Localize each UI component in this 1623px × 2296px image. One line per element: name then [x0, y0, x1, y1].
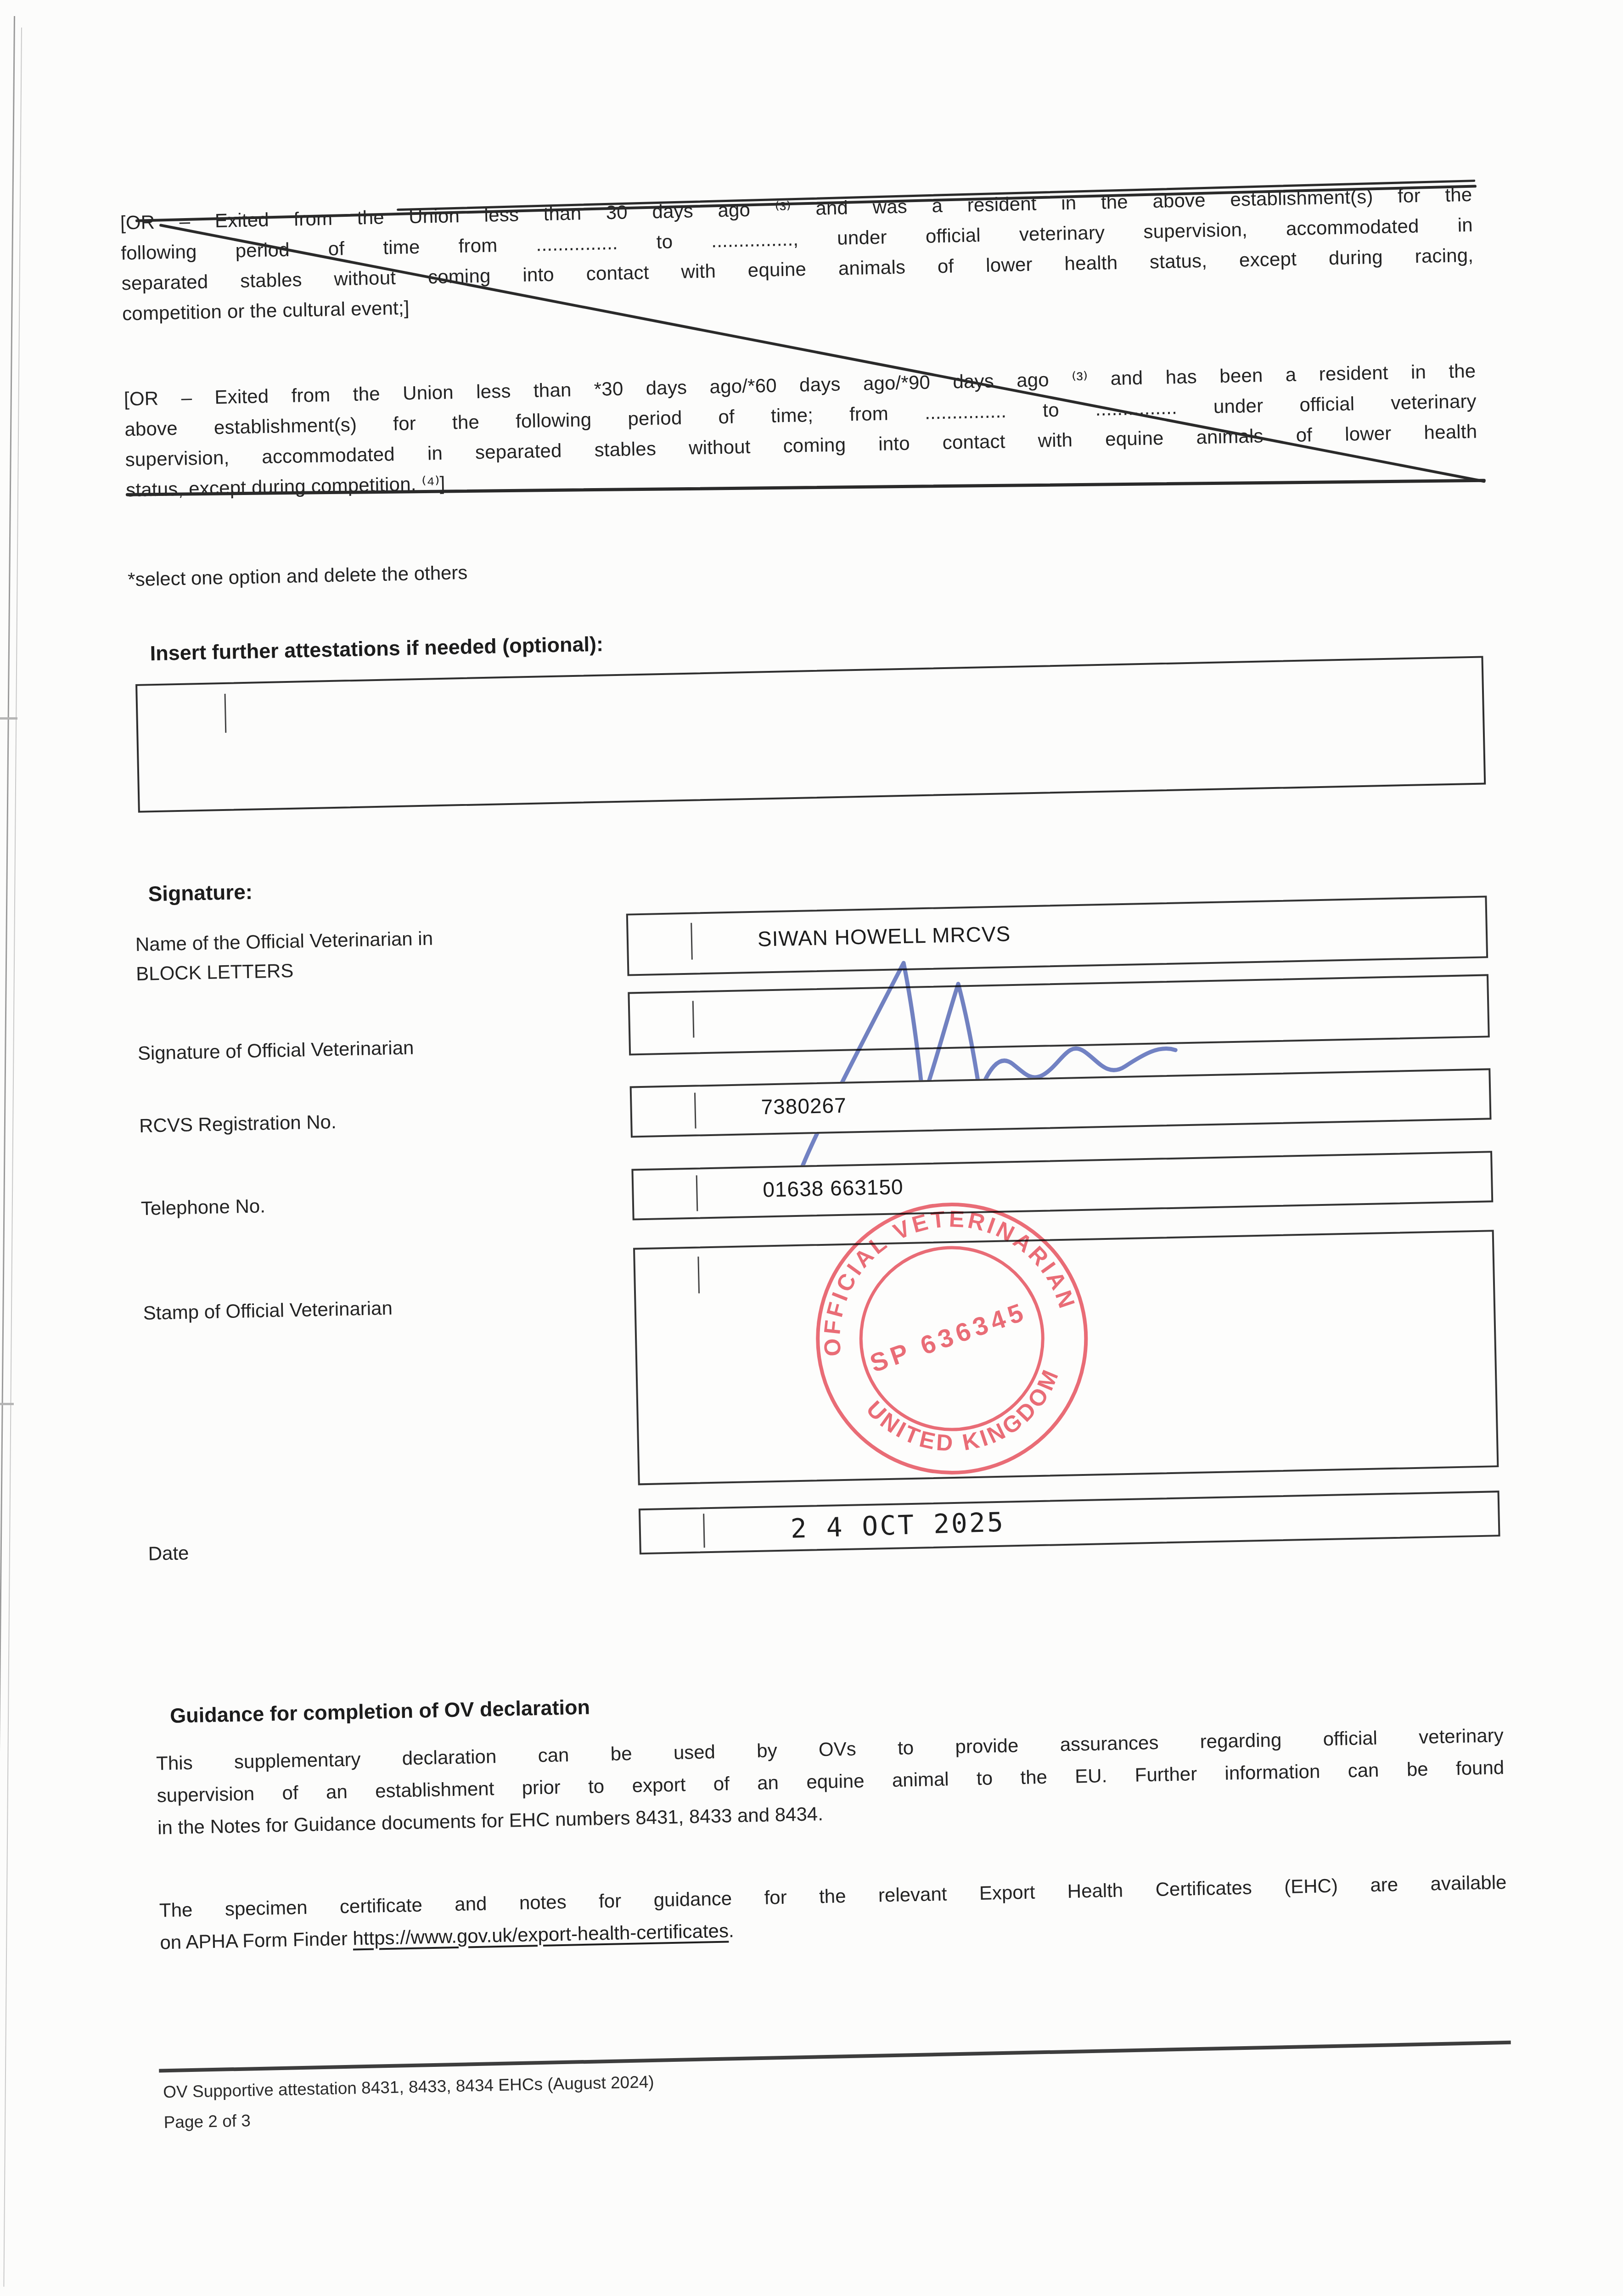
document-sheet: [OR – Exited from the Union less than 30… — [0, 0, 1623, 2296]
rcvs-number-field-box[interactable] — [630, 1068, 1492, 1137]
footer-document-title: OV Supportive attestation 8431, 8433, 84… — [163, 2072, 654, 2102]
stamp-label: Stamp of Official Veterinarian — [143, 1290, 556, 1328]
option2-paragraph: [OR – Exited from the Union less than *3… — [124, 356, 1478, 506]
telephone-label: Telephone No. — [140, 1185, 554, 1223]
signature-label: Signature of Official Veterinarian — [137, 1030, 551, 1068]
further-attestations-box[interactable] — [135, 656, 1486, 812]
date-field-box[interactable] — [639, 1491, 1500, 1554]
date-label: Date — [148, 1533, 424, 1569]
apha-form-finder-text: on APHA Form Finder — [160, 1928, 353, 1953]
select-option-note: *select one option and delete the others — [128, 562, 468, 591]
name-label: Name of the Official Veterinarian in BLO… — [135, 923, 494, 989]
rcvs-number-value: 7380267 — [761, 1093, 847, 1120]
signature-section-heading: Signature: — [148, 879, 253, 906]
further-attestations-heading: Insert further attestations if needed (o… — [150, 632, 603, 666]
scanned-document-page: { "colors": { "stamp_red": "#e8535f", "s… — [0, 0, 1623, 2296]
guidance-heading: Guidance for completion of OV declaratio… — [170, 1695, 590, 1728]
footer-rule — [159, 2041, 1511, 2073]
footer-page-number: Page 2 of 3 — [163, 2111, 251, 2132]
handwritten-signature — [769, 937, 1233, 1185]
export-health-certificates-link[interactable]: https://www.gov.uk/export-health-certifi… — [353, 1919, 729, 1949]
sentence-period: . — [728, 1919, 734, 1941]
guidance-paragraph-1: This supplementary declaration can be us… — [156, 1719, 1505, 1844]
option1-paragraph: [OR – Exited from the Union less than 30… — [120, 180, 1474, 329]
official-veterinarian-stamp: OFFICIAL VETERINARIAN UNITED KINGDOM SP … — [774, 1160, 1130, 1517]
guidance-paragraph-2: The specimen certificate and notes for g… — [159, 1866, 1507, 1958]
stamp-center-number: SP 636345 — [866, 1296, 1031, 1378]
rcvs-number-label: RCVS Registration No. — [139, 1103, 553, 1141]
